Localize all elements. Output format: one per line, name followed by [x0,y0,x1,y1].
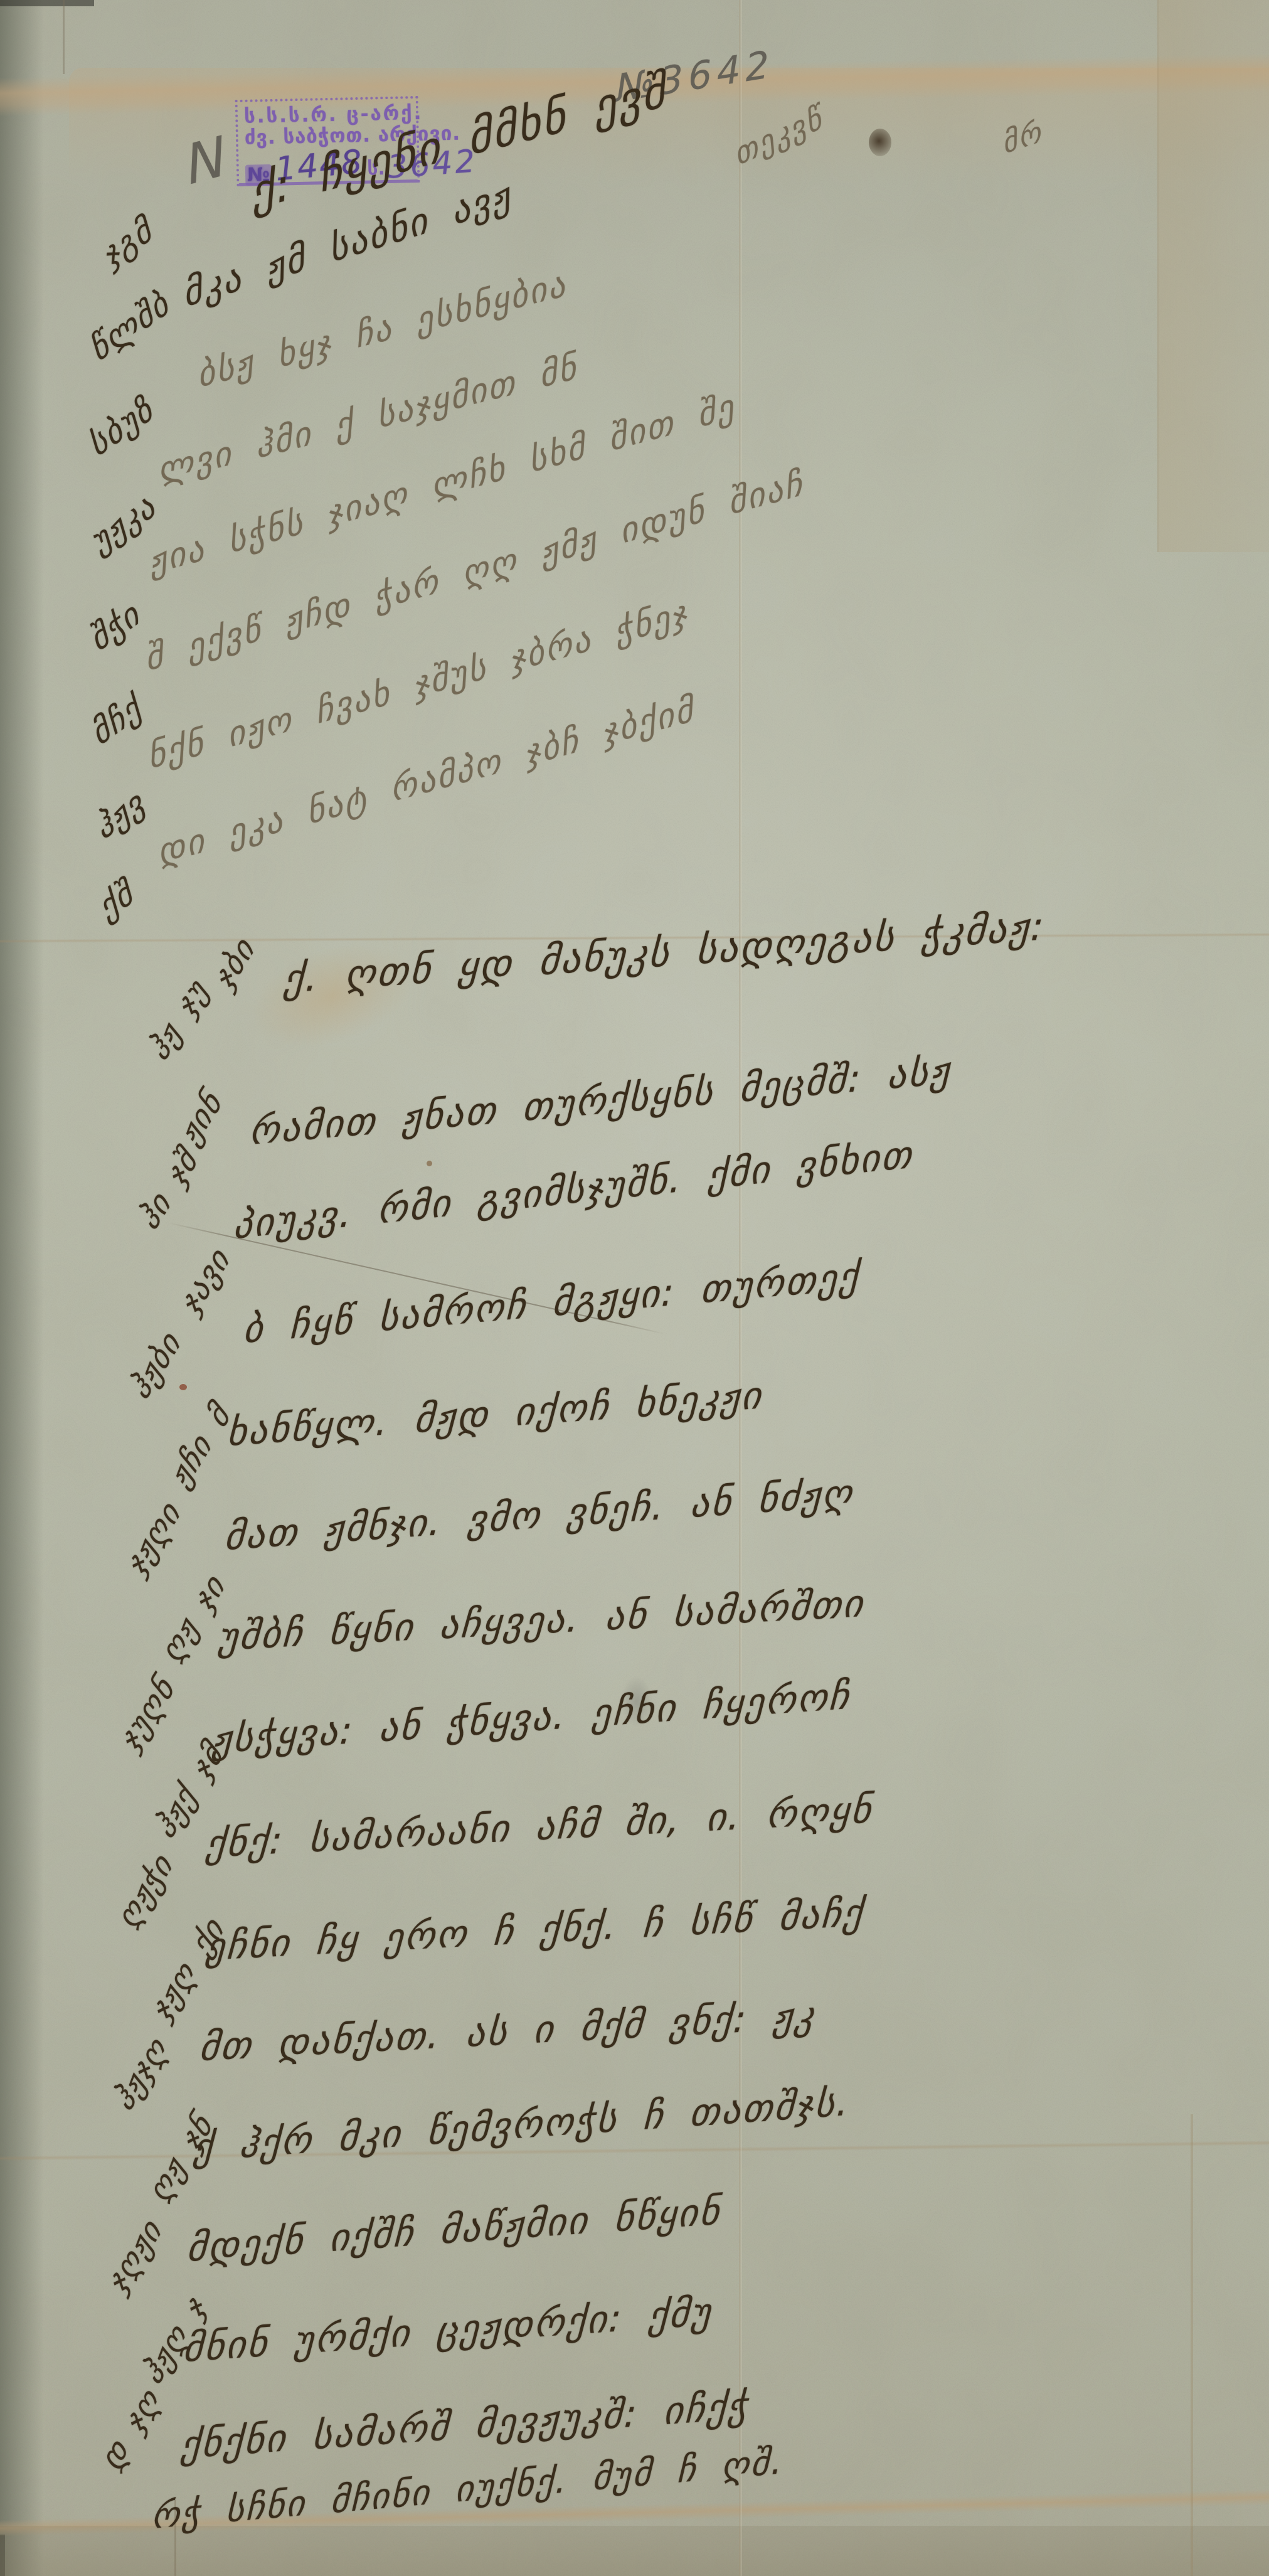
handwritten-line: ქ. ღთნ ყდ მანუკს სადღეგას ჭკმაჟ: [282,907,1046,999]
margin-note-fragment: ჟინ [174,1085,227,1150]
handwritten-line: ეჩნი ჩყ ერო ჩ ქნქ. ჩ სჩწ მაჩქ [204,1894,866,1966]
handwritten-line: მთ დანქათ. ას ი მქმ ვნქ: ჟკ [198,1996,817,2067]
margin-note-fragment: ჟჩი მ [164,1398,235,1493]
margin-note-fragment: ჰჟბი [124,1326,186,1405]
margin-note-fragment: ჰჟჯღ [108,2031,173,2116]
handwritten-line: მრ [1000,117,1045,158]
margin-note-fragment: დ ჯღ [95,2383,166,2476]
top-left-corner-shadow [0,0,94,6]
handwritten-line: მდექნ იქშჩ მაწჟმიი ნწყინ [186,2192,722,2267]
handwritten-fragment: მჩქ [87,691,147,751]
handwritten-fragment: ქშ [94,876,139,925]
handwritten-line: თეკვწ [731,102,827,170]
left-edge-shadow [0,0,44,2576]
handwritten-fragment: ჰჟვ [90,785,150,846]
handwritten-line: ხანწყლ. მჟდ იქოჩ ხნეკჟი [226,1376,763,1452]
margin-note-fragment: ჰჟ ჯუ [143,974,213,1066]
margin-note-fragment: ჯავი [174,1242,235,1319]
crease-right-vertical-bottom [1191,2114,1193,2576]
handwritten-fragment: შჭი [85,597,146,657]
handwritten-line: ქნქ: სამარაანი აჩმ ში, ი. რღყნ [204,1791,874,1863]
ink-blot [869,129,891,156]
handwritten-line: რამით ჟნათ თურქსყნს მეცმშ: ასჟ [249,1051,952,1151]
handwritten-fragment: სბუზ [84,392,159,462]
handwritten-line: უშბჩ წყნი აჩყვეა. ან სამარშთი [217,1585,866,1656]
margin-note-fragment: ჯღჟი [102,2213,167,2298]
handwritten-fragment: წლშბ [85,286,175,367]
margin-note-fragment: ჯბი [208,932,260,994]
pencil-corner-mark: N [183,129,231,193]
right-fold-zone-top [1157,0,1269,552]
handwritten-line: ჟსჭყვა: ან ჭნყვა. ეჩნი ჩყეროჩ [211,1677,851,1760]
crease-top-left-vertical [63,0,65,74]
bottom-left-corner-shadow [0,2535,5,2576]
brown-speck [427,1161,432,1166]
handwritten-line: მათ ჟმნჯი. ვმო ვნეჩ. ან ნძჟღ [223,1474,854,1556]
handwritten-line: მნინ ურმქი ცეჟდრქი: ქმუ [182,2293,713,2368]
margin-note-fragment: ჯჟღი [120,1496,186,1580]
handwritten-line: პიუკვ. რმი გვიმსჯუშნ. ქმი ვნხით [233,1136,913,1245]
margin-note-fragment: ჰი ჯშ [133,1143,203,1235]
handwritten-line: ქ ჰქრ მკი წემვროჭს ჩ თათშჯს. [192,2084,851,2168]
handwritten-fragment: ჯგმ [98,213,158,273]
handwritten-line: შ ექვწ ჟჩდ ჭარ ღღ ჟმჟ იდუნ შიაჩ [143,466,805,676]
margin-note-fragment: ჯუღნ [114,1671,179,1755]
margin-note-fragment: ღჟჭი [112,1848,178,1934]
manuscript-page: ს.ს.ს.რ. ც-არქ. ძვ. საბჭოთ. არქივი. № 14… [0,0,1269,2576]
red-speck [179,1384,187,1390]
handwritten-line: ბ ჩყწ სამროჩ მგჟყი: თურთექ [243,1257,861,1349]
